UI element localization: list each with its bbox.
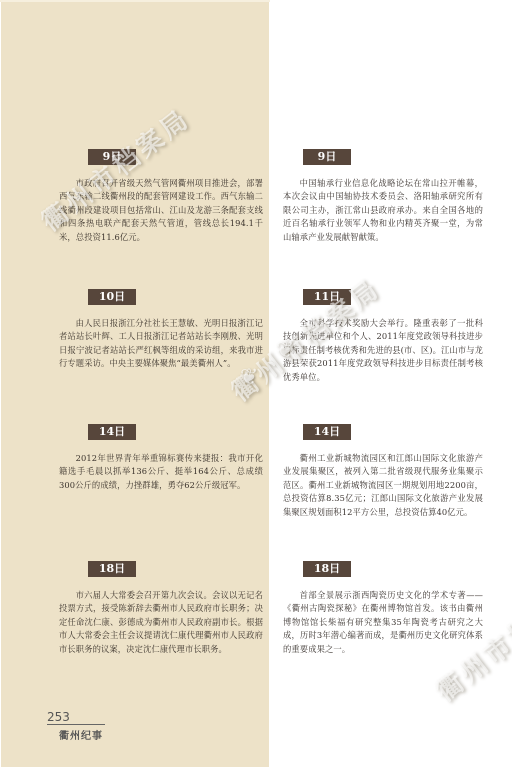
entry-text: 市六届人大常委会召开第九次会议。会议以无记名投票方式，接受陈新辞去衢州市人民政府…: [59, 589, 263, 656]
page-number: 253: [47, 711, 105, 725]
entry-text: 衢州工业新城物流园区和江郎山国际文化旅游产业发展集聚区，被列入第二批省级现代服务…: [283, 452, 483, 519]
date-tag: 10日: [88, 289, 136, 305]
entry-left-3: 14日 2012年世界青年举重锦标赛传来捷报：我市开化籍选手毛晨以抓举136公斤…: [59, 420, 263, 492]
footer-title: 衢州纪事: [59, 727, 105, 742]
entry-left-2: 10日 由人民日报浙江分社社长王慧敏、光明日报浙江记者站站长叶辉、工人日报浙江记…: [59, 285, 263, 371]
entry-left-4: 18日 市六届人大常委会召开第九次会议。会议以无记名投票方式，接受陈新辞去衢州市…: [59, 557, 263, 656]
date-tag: 11日: [303, 289, 351, 305]
date-tag: 18日: [303, 561, 351, 577]
entry-text: 由人民日报浙江分社社长王慧敏、光明日报浙江记者站站长叶辉、工人日报浙江记者站站长…: [59, 317, 263, 371]
entry-text: 中国轴承行业信息化战略论坛在常山拉开帷幕，本次会议由中国轴协技术委员会、洛阳轴承…: [283, 177, 483, 244]
entry-text: 首部全景展示浙西陶瓷历史文化的学术专著——《衢州古陶瓷探秘》在衢州博物馆首发。该…: [283, 589, 483, 656]
entry-text: 市政府召开省级天然气管网衢州项目推进会，部署西气东输二线衢州段的配套管网建设工作…: [59, 177, 263, 244]
entry-right-3: 14日 衢州工业新城物流园区和江郎山国际文化旅游产业发展集聚区，被列入第二批省级…: [283, 420, 483, 519]
date-tag: 14日: [303, 424, 351, 440]
date-tag: 9日: [303, 149, 351, 165]
date-tag: 18日: [88, 561, 136, 577]
date-tag: 14日: [88, 424, 136, 440]
entry-text: 2012年世界青年举重锦标赛传来捷报：我市开化籍选手毛晨以抓举136公斤、挺举1…: [59, 452, 263, 492]
entry-right-2: 11日 全市科学技术奖励大会举行。隆重表彰了一批科技创新先进单位和个人、2011…: [283, 285, 483, 384]
date-tag: 9日: [88, 149, 136, 165]
entry-right-1: 9日 中国轴承行业信息化战略论坛在常山拉开帷幕，本次会议由中国轴协技术委员会、洛…: [283, 145, 483, 244]
entry-right-4: 18日 首部全景展示浙西陶瓷历史文化的学术专著——《衢州古陶瓷探秘》在衢州博物馆…: [283, 557, 483, 656]
page-footer: 253 衢州纪事: [47, 711, 105, 742]
entry-text: 全市科学技术奖励大会举行。隆重表彰了一批科技创新先进单位和个人、2011年度党政…: [283, 317, 483, 384]
entry-left-1: 9日 市政府召开省级天然气管网衢州项目推进会，部署西气东输二线衢州段的配套管网建…: [59, 145, 263, 244]
